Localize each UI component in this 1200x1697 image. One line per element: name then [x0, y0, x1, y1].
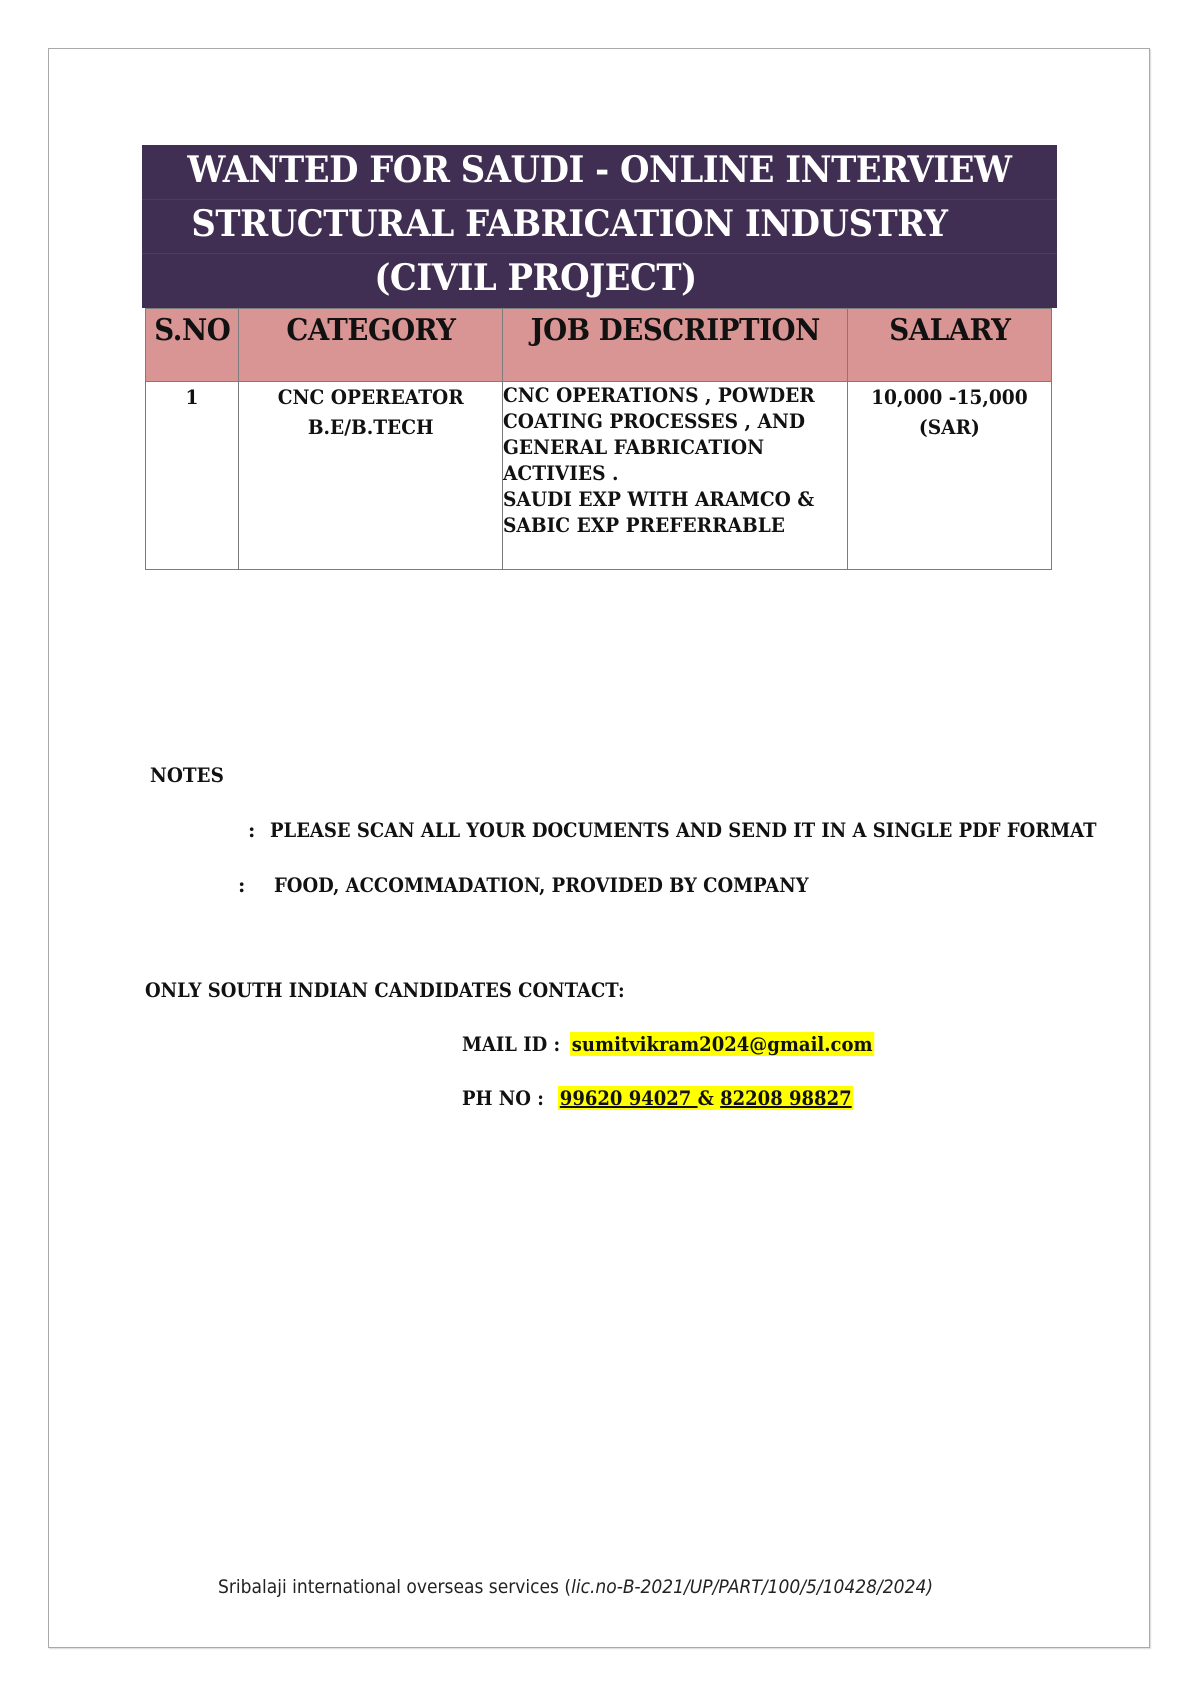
phone-numbers: 99620 94027 & 82208 98827: [558, 1086, 853, 1110]
column-header-job-description: JOB DESCRIPTION: [503, 309, 848, 382]
footer-license-number: lic.no-B-2021/UP/PART/100/5/10428/2024): [571, 1576, 933, 1598]
cell-sno: 1: [146, 382, 239, 570]
banner-title-line-2: STRUCTURAL FABRICATION INDUSTRY: [139, 203, 999, 245]
phone-link-1[interactable]: 99620 94027: [560, 1086, 698, 1110]
job-table: S.NO CATEGORY JOB DESCRIPTION SALARY 1 C…: [145, 308, 1052, 570]
note-text: PLEASE SCAN ALL YOUR DOCUMENTS AND SEND …: [270, 818, 1097, 842]
cell-job-description: CNC OPERATIONS , POWDER COATING PROCESSE…: [503, 382, 848, 570]
contact-heading: ONLY SOUTH INDIAN CANDIDATES CONTACT:: [145, 978, 625, 1002]
footer-company: Sribalaji international overseas service…: [218, 1576, 571, 1598]
title-banner: WANTED FOR SAUDI - ONLINE INTERVIEW STRU…: [142, 145, 1057, 308]
email-link[interactable]: sumitvikram2024@gmail.com: [570, 1032, 874, 1056]
phone-joiner: &: [698, 1086, 721, 1110]
cell-salary: 10,000 -15,000 (SAR): [848, 382, 1052, 570]
notes-heading: NOTES: [150, 763, 224, 787]
table-row: 1 CNC OPEREATOR B.E/B.TECH CNC OPERATION…: [146, 382, 1052, 570]
phone-label: PH NO :: [462, 1086, 544, 1110]
banner-title-line-1: WANTED FOR SAUDI - ONLINE INTERVIEW: [169, 149, 1029, 191]
note-separator: :: [238, 873, 245, 897]
column-header-category: CATEGORY: [238, 309, 502, 382]
note-separator: :: [248, 818, 255, 842]
banner-divider: [142, 253, 1057, 254]
phone-link-2[interactable]: 82208 98827: [720, 1086, 852, 1110]
banner-title-line-3: (CIVIL PROJECT): [105, 257, 965, 299]
column-header-salary: SALARY: [848, 309, 1052, 382]
banner-divider: [142, 199, 1057, 200]
note-text: FOOD, ACCOMMADATION, PROVIDED BY COMPANY: [274, 873, 809, 897]
column-header-sno: S.NO: [146, 309, 239, 382]
footer-license: Sribalaji international overseas service…: [218, 1576, 933, 1598]
mail-label: MAIL ID :: [462, 1032, 560, 1056]
table-header-row: S.NO CATEGORY JOB DESCRIPTION SALARY: [146, 309, 1052, 382]
cell-category: CNC OPEREATOR B.E/B.TECH: [238, 382, 502, 570]
